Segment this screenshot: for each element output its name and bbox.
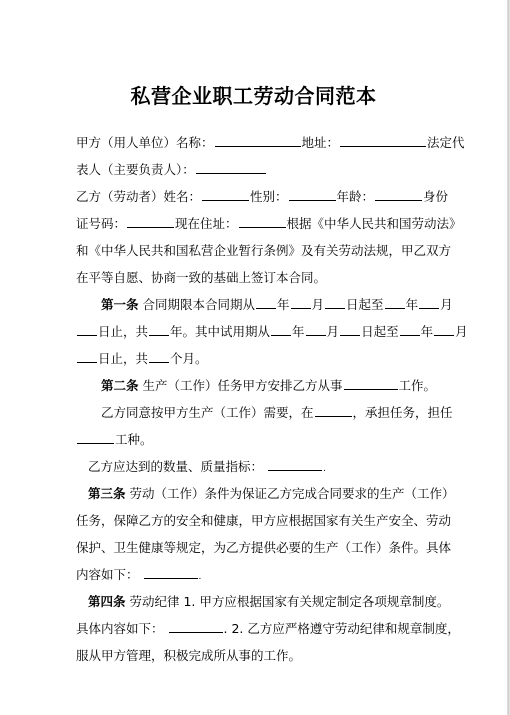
article-2-text-d: ，承担任务，担任 bbox=[353, 405, 453, 420]
job-assignment-blank[interactable] bbox=[344, 374, 398, 390]
party-b-id-blank[interactable] bbox=[127, 212, 174, 228]
article-4-heading: 第四条 bbox=[88, 594, 126, 609]
day-from-label: 日起至 bbox=[361, 324, 399, 339]
party-b-id-label-1: 身份 bbox=[423, 189, 448, 204]
article-3-line-3: 保护、卫生健康等规定，为乙方提供必要的生产（工作）条件。具体 bbox=[76, 534, 436, 561]
party-a-rep-blank[interactable] bbox=[196, 158, 266, 174]
article-4-text-2b: . 2. 乙方应严格遵守劳动纪律和规章制度， bbox=[224, 621, 460, 636]
party-b-age-blank[interactable] bbox=[375, 185, 422, 201]
party-b-name-label: 乙方（劳动者）姓名： bbox=[76, 189, 201, 204]
legal-basis-1: 根据《中华人民共和国劳动法》 bbox=[287, 216, 462, 231]
rules-content-blank[interactable] bbox=[169, 617, 223, 633]
article-4-line-1: 第四条 劳动纪律 1. 甲方应根据国家有关规定制定各项规章制度。 bbox=[76, 588, 436, 615]
document-page: 私营企业职工劳动合同范本 甲方（用人单位）名称：地址：法定代 表人（主要负责人）… bbox=[0, 0, 507, 715]
probation-end-year-blank[interactable] bbox=[400, 320, 420, 336]
party-a-address-blank[interactable] bbox=[340, 131, 426, 147]
party-a-rep-label-2: 表人（主要负责人）： bbox=[76, 162, 195, 177]
party-a-address-label: 地址： bbox=[302, 135, 340, 150]
contract-start-year-blank[interactable] bbox=[256, 293, 276, 309]
probation-start-year-blank[interactable] bbox=[271, 320, 291, 336]
legal-basis-line-3: 在平等自愿、协商一致的基础上签订本合同。 bbox=[76, 264, 436, 291]
party-b-name-blank[interactable] bbox=[202, 185, 249, 201]
article-2-line-3: 工种。 bbox=[76, 426, 436, 453]
party-b-id-label-2: 证号码： bbox=[76, 216, 126, 231]
article-2-line-1: 第二条 生产（工作）任务甲方安排乙方从事工作。 bbox=[76, 372, 436, 399]
party-a-line-1: 甲方（用人单位）名称：地址：法定代 bbox=[76, 129, 436, 156]
probation-start-day-blank[interactable] bbox=[340, 320, 360, 336]
period: . bbox=[199, 572, 202, 582]
article-1-text: 合同期限本合同期从 bbox=[143, 297, 256, 312]
party-b-gender-blank[interactable] bbox=[289, 185, 336, 201]
legal-basis-3: 在平等自愿、协商一致的基础上签订本合同。 bbox=[76, 270, 326, 285]
article-1-line-3: 日止，共个月。 bbox=[76, 345, 436, 372]
article-4-line-3: 服从甲方管理，积极完成所从事的工作。 bbox=[76, 642, 436, 669]
article-2-text-e: 工种。 bbox=[115, 432, 153, 447]
quality-indicator-blank[interactable] bbox=[268, 455, 322, 471]
article-4-line-2: 具体内容如下： . 2. 乙方应严格遵守劳动纪律和规章制度， bbox=[76, 615, 436, 642]
year-label: 年 bbox=[277, 297, 290, 312]
party-a-name-blank[interactable] bbox=[215, 131, 301, 147]
article-3-text-2: 任务，保障乙方的安全和健康，甲方应根据国家有关生产安全、劳动 bbox=[76, 513, 451, 528]
work-location-blank[interactable] bbox=[315, 401, 352, 417]
period: . bbox=[323, 464, 326, 474]
article-3-line-1: 第三条 劳动（工作）条件为保证乙方完成合同要求的生产（工作） bbox=[76, 480, 436, 507]
article-2-text-b: 工作。 bbox=[399, 378, 437, 393]
month-label: 月 bbox=[440, 297, 453, 312]
legal-basis-2: 和《中华人民共和国私营企业暂行条例》及有关劳动法规，甲乙双方 bbox=[76, 243, 451, 258]
article-1-heading: 第一条 bbox=[101, 297, 139, 312]
contract-start-day-blank[interactable] bbox=[325, 293, 345, 309]
day-from-label: 日起至 bbox=[346, 297, 384, 312]
probation-text: 年。其中试用期从 bbox=[170, 324, 270, 339]
article-2-line-2: 乙方同意按甲方生产（工作）需要，在，承担任务，担任 bbox=[76, 399, 436, 426]
article-2-heading: 第二条 bbox=[101, 378, 139, 393]
party-b-gender-label: 性别： bbox=[250, 189, 288, 204]
party-b-line-1: 乙方（劳动者）姓名：性别：年龄：身份 bbox=[76, 183, 436, 210]
document-title: 私营企业职工劳动合同范本 bbox=[0, 82, 507, 110]
article-1-line-1: 第一条 合同期限本合同期从年月日起至年月 bbox=[76, 291, 436, 318]
article-4-text-2a: 具体内容如下： bbox=[76, 621, 164, 636]
month-label: 月 bbox=[312, 297, 325, 312]
party-b-age-label: 年龄： bbox=[337, 189, 375, 204]
work-conditions-blank[interactable] bbox=[144, 563, 198, 579]
contract-end-month-blank[interactable] bbox=[419, 293, 439, 309]
months-end-label: 个月。 bbox=[170, 351, 208, 366]
probation-end-month-blank[interactable] bbox=[434, 320, 454, 336]
article-4-text-3: 服从甲方管理，积极完成所从事的工作。 bbox=[76, 648, 301, 663]
article-3-line-2: 任务，保障乙方的安全和健康，甲方应根据国家有关生产安全、劳动 bbox=[76, 507, 436, 534]
article-2-text-f: 乙方应达到的数量、质量指标： bbox=[88, 459, 263, 474]
party-b-address-blank[interactable] bbox=[239, 212, 286, 228]
contract-start-month-blank[interactable] bbox=[291, 293, 311, 309]
article-3-heading: 第三条 bbox=[88, 486, 126, 501]
article-4-text-1: 劳动纪律 1. 甲方应根据国家有关规定制定各项规章制度。 bbox=[130, 594, 450, 609]
article-3-text-4: 内容如下： bbox=[76, 567, 139, 582]
party-a-rep-label-1: 法定代 bbox=[427, 135, 465, 150]
article-3-text-1: 劳动（工作）条件为保证乙方完成合同要求的生产（工作） bbox=[130, 486, 455, 501]
party-a-name-label: 甲方（用人单位）名称： bbox=[76, 135, 214, 150]
contract-end-day-blank[interactable] bbox=[77, 320, 97, 336]
party-b-line-2: 证号码：现在住址：根据《中华人民共和国劳动法》 bbox=[76, 210, 436, 237]
article-3-line-4: 内容如下： . bbox=[76, 561, 436, 588]
day-until-label: 日止，共 bbox=[98, 324, 148, 339]
day-until-label: 日止，共 bbox=[98, 351, 148, 366]
probation-end-day-blank[interactable] bbox=[77, 347, 97, 363]
party-b-address-label: 现在住址： bbox=[175, 216, 238, 231]
year-label: 年 bbox=[292, 324, 305, 339]
document-body: 甲方（用人单位）名称：地址：法定代 表人（主要负责人）： 乙方（劳动者）姓名：性… bbox=[76, 129, 436, 669]
legal-basis-line-2: 和《中华人民共和国私营企业暂行条例》及有关劳动法规，甲乙双方 bbox=[76, 237, 436, 264]
year-label: 年 bbox=[406, 297, 419, 312]
article-2-text-c: 乙方同意按甲方生产（工作）需要，在 bbox=[101, 405, 314, 420]
contract-total-years-blank[interactable] bbox=[149, 320, 169, 336]
article-1-line-2: 日止，共年。其中试用期从年月日起至年月 bbox=[76, 318, 436, 345]
contract-end-year-blank[interactable] bbox=[385, 293, 405, 309]
month-label: 月 bbox=[327, 324, 340, 339]
party-a-line-2: 表人（主要负责人）： bbox=[76, 156, 436, 183]
article-2-line-4: 乙方应达到的数量、质量指标： . bbox=[76, 453, 436, 480]
job-type-blank[interactable] bbox=[77, 428, 114, 444]
probation-total-months-blank[interactable] bbox=[149, 347, 169, 363]
month-label: 月 bbox=[455, 324, 468, 339]
year-label: 年 bbox=[421, 324, 434, 339]
probation-start-month-blank[interactable] bbox=[306, 320, 326, 336]
article-2-text-a: 生产（工作）任务甲方安排乙方从事 bbox=[143, 378, 343, 393]
article-3-text-3: 保护、卫生健康等规定，为乙方提供必要的生产（工作）条件。具体 bbox=[76, 540, 451, 555]
